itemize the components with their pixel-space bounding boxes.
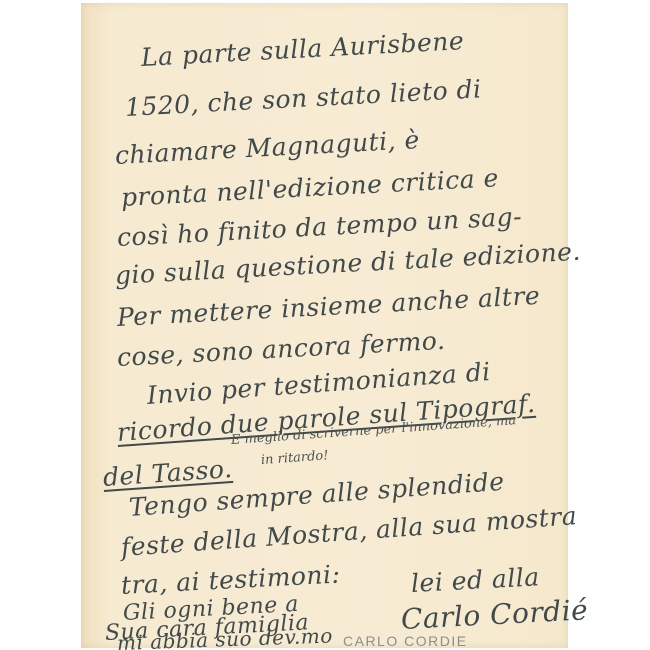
- letter-line-4: pronta nell'edizione critica e: [120, 163, 499, 212]
- name-stamp: CARLO CORDIE: [343, 633, 468, 649]
- letter-line-15: lei ed alla: [410, 562, 540, 598]
- signature: Carlo Cordié: [400, 593, 589, 636]
- interlinear-note-2: in ritardo!: [260, 448, 328, 468]
- letter-line-14: tra, ai testimoni:: [120, 560, 341, 600]
- letter-line-7: Per mettere insieme anche altre: [116, 281, 541, 332]
- letter-line-2: 1520, che son stato lieto di: [124, 74, 482, 122]
- letter-line-1: La parte sulla Aurisbene: [140, 26, 465, 72]
- letter-line-3: chiamare Magnaguti, è: [114, 125, 420, 170]
- letter-paper: La parte sulla Aurisbene 1520, che son s…: [81, 3, 568, 648]
